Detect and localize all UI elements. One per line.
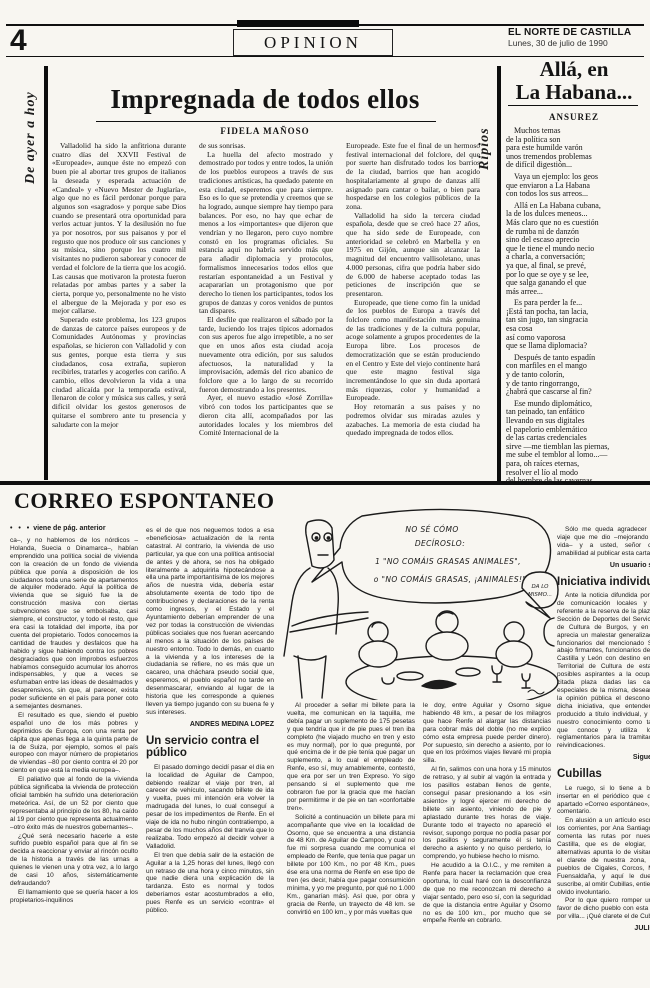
poem-title: Allá, en La Habana... — [504, 58, 644, 104]
editorial-cartoon: NO SÉ CÓMO DECÍROSLO: 1 "NO COMÁIS GRASA… — [282, 506, 560, 700]
letter-2-closing: Sólo me queda agradecer a Renfe el viaje… — [557, 526, 650, 558]
correo-column-2: es el de que nos neguemos todos a esa «b… — [146, 527, 274, 986]
newspaper-page: 4 OPINION EL NORTE DE CASTILLA Lunes, 30… — [0, 0, 650, 988]
letter-4-heading: Cubillas — [557, 768, 650, 781]
continuation-bullets: • • • — [10, 525, 31, 532]
main-article-column-2: de sus sonrisas.La huella del afecto mos… — [199, 142, 333, 484]
waiter-arm-tray — [290, 612, 368, 632]
letter-3-text: Ante la noticia difundida por los medios… — [557, 592, 650, 750]
diner-1-head — [368, 622, 388, 642]
continuation-text: viene de pág. anterior — [33, 525, 105, 532]
section-title-box: OPINION — [233, 29, 393, 56]
page-number: 4 — [10, 26, 27, 56]
bubble-line-4: o "NO COMÁIS GRASAS, ¡ANIMALES!" — [374, 575, 527, 584]
letter-2-heading: Un servicio contra el público — [146, 735, 274, 760]
small-bubble-line-1: DA LO — [532, 584, 550, 590]
letter-1-text-cont: es el de que nos neguemos todos a esa «b… — [146, 527, 274, 717]
correo-column-5: Sólo me queda agradecer a Renfe el viaje… — [557, 526, 650, 986]
poem-title-line1: Allá, en — [540, 57, 609, 81]
small-bubble-line-2: MISMO... — [528, 592, 552, 598]
continuation-note: • • • viene de pág. anterior — [10, 524, 138, 533]
poem-body: Muchos temasde la política sonpara este … — [506, 127, 644, 483]
title-rule — [96, 121, 436, 122]
correo-column-1: • • • viene de pág. anterior ca–, y no h… — [10, 524, 138, 986]
column-strip-label-left: De ayer a hoy — [24, 64, 38, 184]
correo-column-3: Al proceder a sellar mi billete para la … — [287, 702, 415, 986]
correo-section-title: CORREO ESPONTANEO — [14, 489, 275, 513]
letter-3-signature: Siguen 8 firmas — [557, 753, 650, 762]
letter-1-signature: ANDRES MEDINA LOPEZ — [146, 720, 274, 729]
column-strip-label-right: Ripios — [478, 80, 492, 170]
waiter-body — [284, 568, 338, 656]
letter-2-signature: Un usuario sin asiento — [557, 561, 650, 570]
left-vertical-divider — [44, 66, 48, 480]
main-article-body: Valladolid ha sido la anfitriona durante… — [52, 142, 480, 484]
letter-3-heading: Iniciativa individual — [557, 576, 650, 589]
poem-title-rule — [508, 105, 638, 106]
letter-2-text-cont: Al proceder a sellar mi billete para la … — [287, 702, 415, 916]
poem-title-line2: La Habana... — [516, 80, 633, 104]
section-divider-rule — [0, 481, 650, 485]
main-article-byline: FIDELA MAÑOSO — [52, 126, 478, 136]
section-accent-bar — [237, 20, 359, 27]
paper-name: EL NORTE DE CASTILLA — [508, 27, 640, 38]
correo-column-4: le doy, entre Aguilar y Osorno sigue hab… — [423, 702, 551, 986]
letter-2-text: El pasado domingo decidí pasar el día en… — [146, 764, 274, 915]
paper-date: Lunes, 30 de julio de 1990 — [508, 38, 640, 48]
letter-4-signature: JULIO TEJERO — [557, 924, 650, 933]
main-article-title: Impregnada de todos ellos — [52, 84, 478, 114]
poem-byline: ANSUREZ — [504, 112, 644, 122]
diner-2-head — [436, 611, 458, 633]
letter-4-text: Le ruego, si lo tiene a bien, mande inse… — [557, 785, 650, 921]
section-title: OPINION — [264, 34, 362, 51]
bubble-line-1: NO SÉ CÓMO — [405, 525, 458, 534]
diner-3-head — [504, 622, 524, 642]
bubble-line-3: 1 "NO COMÁIS GRASAS ANIMALES", — [375, 557, 521, 566]
waiter-head — [306, 520, 334, 568]
letter-2-text-cont-2: le doy, entre Aguilar y Osorno sigue hab… — [423, 702, 551, 925]
diner-4-head — [544, 618, 554, 646]
main-article-column-1: Valladolid ha sido la anfitriona durante… — [52, 142, 186, 484]
main-article-column-3: Europeade. Este fue el final de un hermo… — [346, 142, 480, 484]
bubble-line-2: DECÍROSLO: — [415, 539, 465, 548]
right-vertical-divider — [497, 66, 501, 484]
paper-info: EL NORTE DE CASTILLA Lunes, 30 de julio … — [508, 27, 640, 48]
letter-1-text: ca–, y no hablemos de los nórdicos –Hola… — [10, 537, 138, 905]
